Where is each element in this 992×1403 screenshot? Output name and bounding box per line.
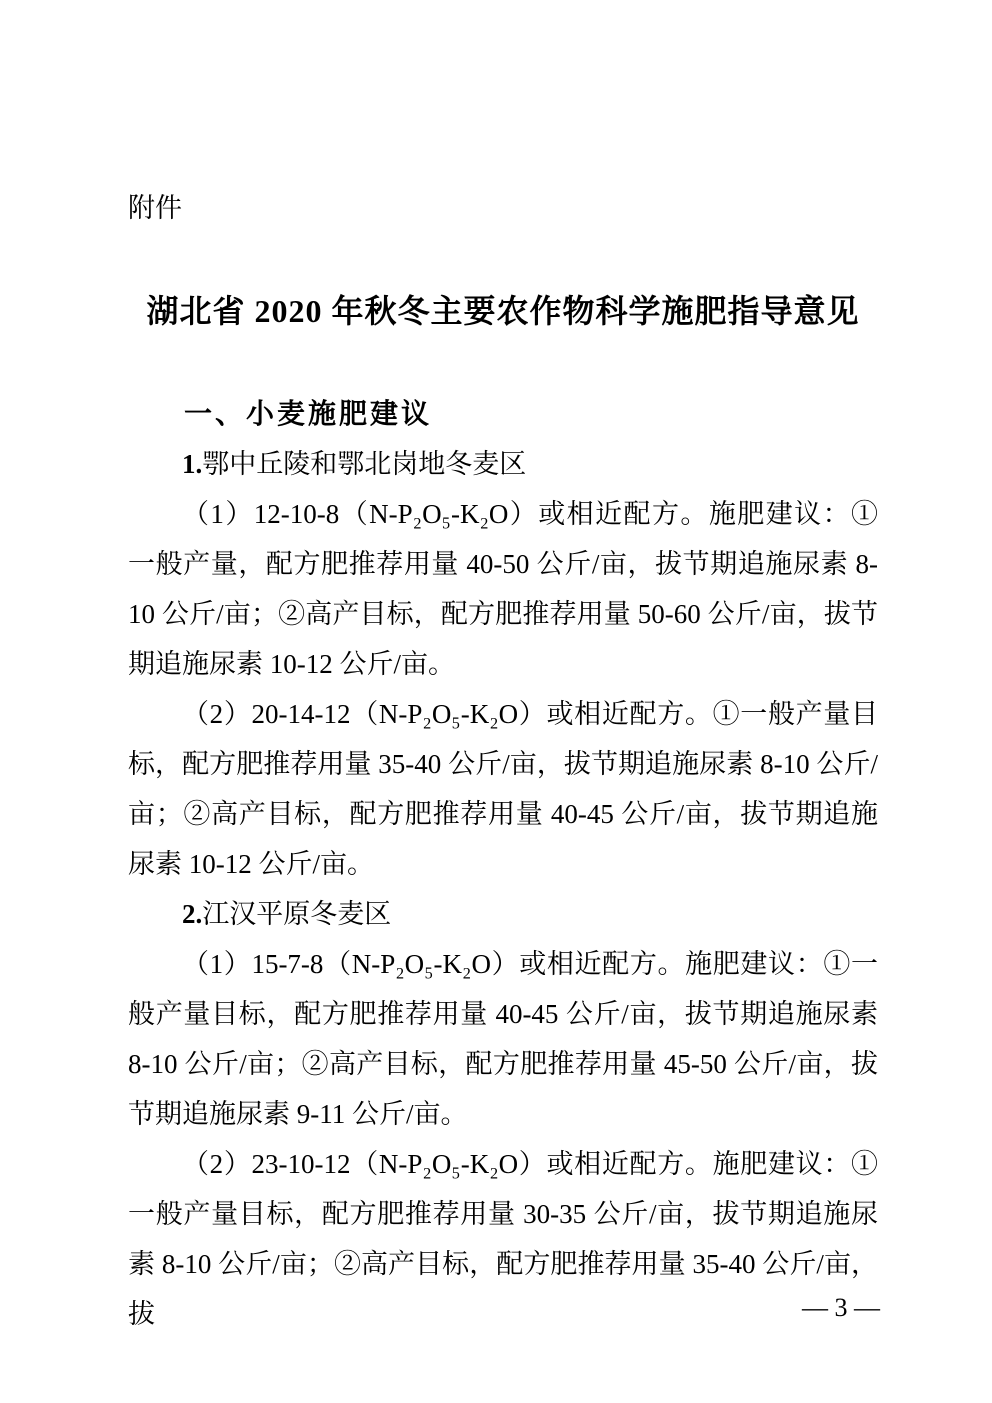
paragraph-region2-formula2: （2）23-10-12（N-P₂O₅-K₂O）或相近配方。施肥建议：①一般产量目… xyxy=(128,1139,878,1339)
subsection-1-number: 1. xyxy=(182,449,202,479)
page-number: — 3 — xyxy=(802,1294,880,1322)
document-content: 附件 湖北省 2020 年秋冬主要农作物科学施肥指导意见 一、小麦施肥建议 1.… xyxy=(128,0,878,1339)
paragraph-region1-formula2: （2）20-14-12（N-P₂O₅-K₂O）或相近配方。①一般产量目标，配方肥… xyxy=(128,689,878,889)
subsection-2-number: 2. xyxy=(182,899,202,929)
subsection-heading-1: 1.鄂中丘陵和鄂北岗地冬麦区 xyxy=(128,439,878,489)
subsection-heading-2: 2.江汉平原冬麦区 xyxy=(128,889,878,939)
document-title: 湖北省 2020 年秋冬主要农作物科学施肥指导意见 xyxy=(128,291,878,331)
document-page: 附件 湖北省 2020 年秋冬主要农作物科学施肥指导意见 一、小麦施肥建议 1.… xyxy=(0,0,992,1403)
section-heading-wheat: 一、小麦施肥建议 xyxy=(128,389,878,439)
paragraph-region1-formula1: （1）12-10-8（N-P₂O₅-K₂O）或相近配方。施肥建议：①一般产量，配… xyxy=(128,489,878,689)
subsection-2-title: 江汉平原冬麦区 xyxy=(202,899,391,929)
subsection-1-title: 鄂中丘陵和鄂北岗地冬麦区 xyxy=(202,449,526,479)
paragraph-region2-formula1: （1）15-7-8（N-P₂O₅-K₂O）或相近配方。施肥建议：①一般产量目标，… xyxy=(128,939,878,1139)
attachment-label: 附件 xyxy=(128,193,878,223)
